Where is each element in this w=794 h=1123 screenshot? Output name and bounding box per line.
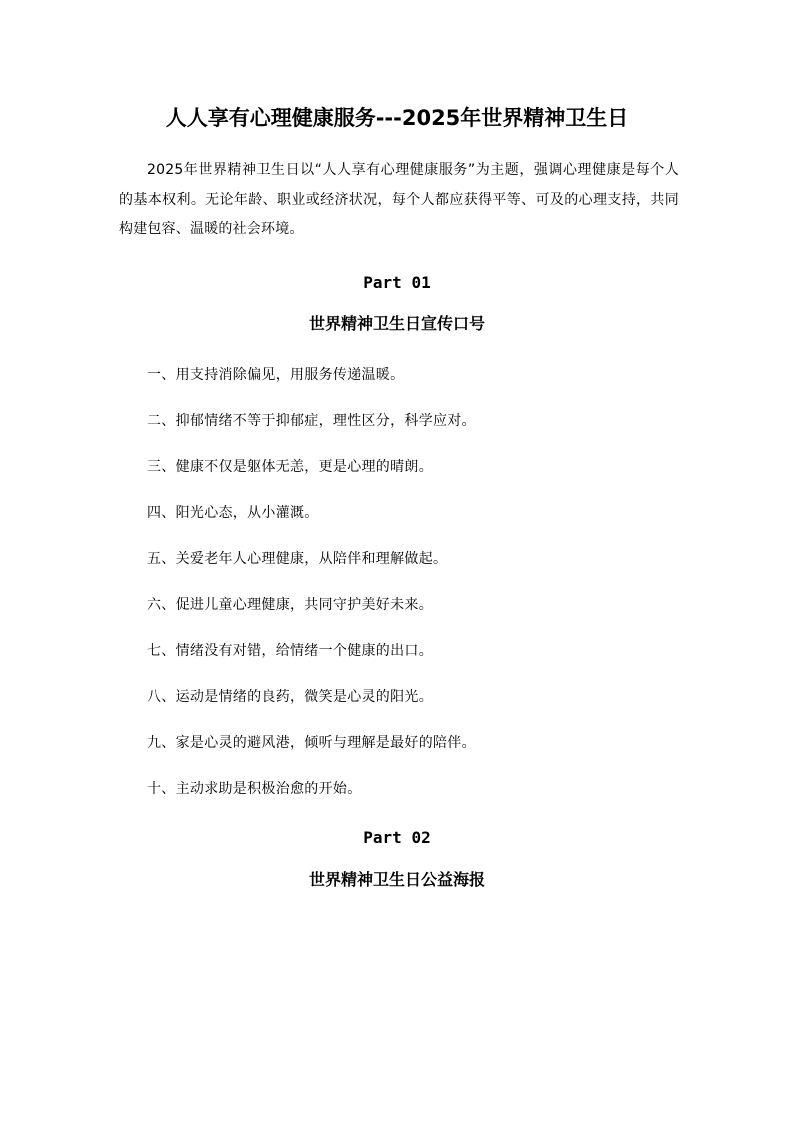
- document-page: 人人享有心理健康服务---2025年世界精神卫生日 2025年世界精神卫生日以“…: [0, 0, 794, 1123]
- slogan-item: 五、关爱老年人心理健康，从陪伴和理解做起。: [147, 548, 476, 594]
- slogan-item: 二、抑郁情绪不等于抑郁症，理性区分，科学应对。: [147, 410, 476, 456]
- slogan-item: 一、用支持消除偏见，用服务传递温暖。: [147, 364, 476, 410]
- intro-paragraph: 2025年世界精神卫生日以“人人享有心理健康服务”为主题，强调心理健康是每个人的…: [119, 156, 679, 245]
- slogan-item: 七、情绪没有对错，给情绪一个健康的出口。: [147, 640, 476, 686]
- slogan-list: 一、用支持消除偏见，用服务传递温暖。 二、抑郁情绪不等于抑郁症，理性区分，科学应…: [147, 364, 476, 824]
- part-02-label: Part 02: [0, 828, 794, 848]
- slogan-item: 三、健康不仅是躯体无恙，更是心理的晴朗。: [147, 456, 476, 502]
- part-01-label: Part 01: [0, 273, 794, 293]
- slogan-item: 十、主动求助是积极治愈的开始。: [147, 778, 476, 824]
- section-title-posters: 世界精神卫生日公益海报: [0, 869, 794, 891]
- slogan-item: 八、运动是情绪的良药，微笑是心灵的阳光。: [147, 686, 476, 732]
- slogan-item: 九、家是心灵的避风港，倾听与理解是最好的陪伴。: [147, 732, 476, 778]
- slogan-item: 六、促进儿童心理健康，共同守护美好未来。: [147, 594, 476, 640]
- slogan-item: 四、阳光心态，从小灌溉。: [147, 502, 476, 548]
- document-title: 人人享有心理健康服务---2025年世界精神卫生日: [0, 104, 794, 132]
- section-title-slogans: 世界精神卫生日宣传口号: [0, 313, 794, 335]
